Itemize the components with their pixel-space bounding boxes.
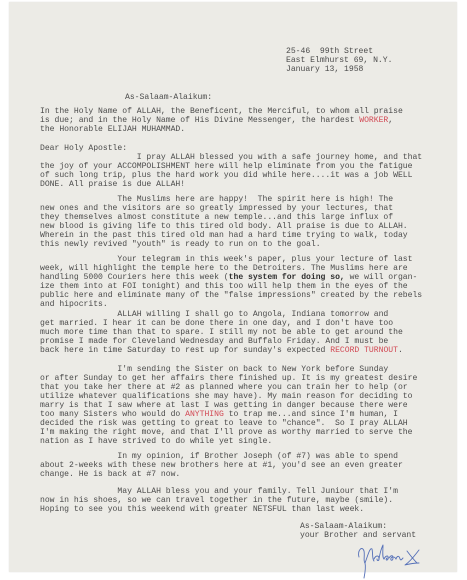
greeting-top: As-Salaam-Alaikum: <box>125 94 212 103</box>
p5-text: too many Sisters who would do <box>40 410 185 419</box>
p3-text: handling 5000 Couriers here this week ( <box>40 273 229 282</box>
worker-highlight: WORKER <box>359 116 388 125</box>
p3-text: we will organ- <box>345 273 418 282</box>
invocation-text: is due; and in the Holy Name of His Divi… <box>40 116 359 125</box>
handwritten-signature <box>353 539 423 579</box>
p1-line: DONE. All praise is due ALLAH! <box>40 181 185 190</box>
p4-line: back here in time Saturday to rest up fo… <box>40 347 403 356</box>
p6-line: change. He is back at #7 now. <box>40 471 180 480</box>
p7-line: Hoping to see you this weekend with grea… <box>40 506 364 515</box>
invocation-comma: , <box>388 116 393 125</box>
bold-phrase: the system for doing so, <box>229 273 345 282</box>
anything-highlight: ANYTHING <box>185 410 224 419</box>
p5-text: to trap me...and since I'm human, I <box>224 410 398 419</box>
record-turnout-highlight: RECORD TURNOUT <box>330 346 398 355</box>
p5-line: nation as I have strived to do while yet… <box>40 438 272 447</box>
p2-line: this newly revived "youth" is ready to r… <box>40 241 321 250</box>
p3-line: and hipocrits. <box>40 301 108 310</box>
p4-text: back here in time Saturday to rest up fo… <box>40 346 330 355</box>
p4-text: . <box>398 346 403 355</box>
letter-date: January 13, 1958 <box>286 66 363 75</box>
invocation-line-3: the Honorable ELIJAH MUHAMMAD. <box>40 126 185 135</box>
